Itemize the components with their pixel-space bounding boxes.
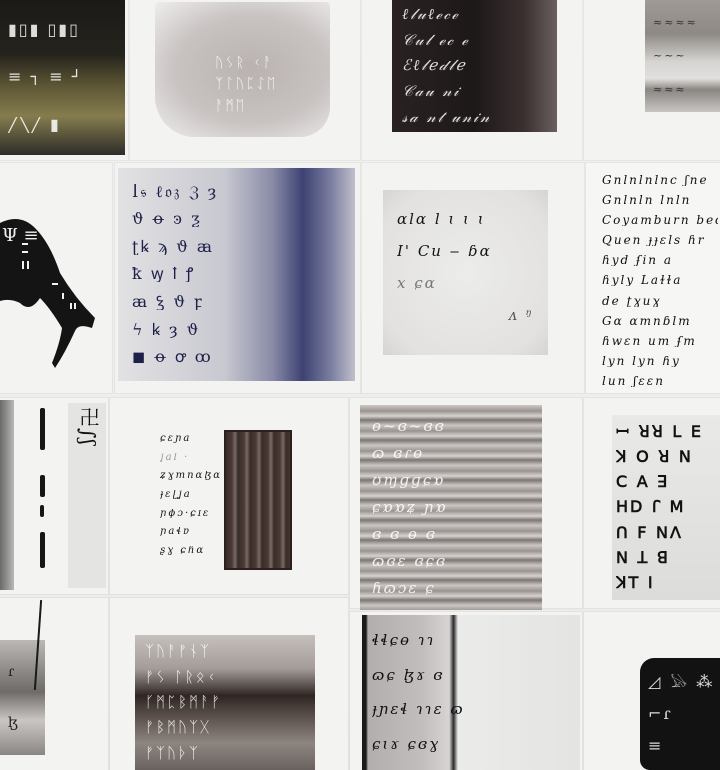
dash — [40, 532, 45, 568]
panel-r2c1 — [0, 163, 112, 393]
glyph-row: ɞ ɞ ɵ ɞ — [372, 527, 530, 542]
glyph-row: ᴧ ᵑ — [397, 308, 534, 323]
glyph-row: ɲaɬɐ — [160, 527, 225, 537]
glyph-row: ꟷ ꓤꓤ ꓡ ꓰ — [616, 424, 716, 440]
glyph-block: ɬɬɕɵ ɿɿ ɷɕ ɮɤ ɞ ɟɲɛɬ ɿɿɛ ɷ ɕɩɤ ɕɞɣ — [362, 615, 580, 770]
panel-r2c4: Gnlnlnlnc ʃne Gnlnln lnln Coyamburn bedy… — [600, 168, 720, 393]
glyph-row: ɟɲɛɬ ɿɿɛ ɷ — [372, 702, 570, 717]
glyph-row: ɵ~ɞ~ɞɞ — [372, 419, 530, 434]
glyph-row: ɬɬɕɵ ɿɿ — [372, 633, 570, 648]
glyph-row: ϟ ꝃ ȝ ϑ — [132, 322, 341, 338]
glyph-row: Gnlnlnlnc ʃne — [602, 174, 718, 186]
glyph-row: ꓠ ꓕ ꓭ — [616, 550, 716, 566]
panel-r3c1-edge — [0, 400, 14, 590]
glyph-row: Gɑ ɑmnɓlm — [602, 315, 718, 327]
glyph-row: ɷ ɞɾɵ — [372, 446, 530, 461]
panel-r1c3: ℓ𝓁𝓊ℓℯ𝒸ℯ 𝒞𝓊𝓁 ℯ𝒸 ℯ ℰℓ𝓁ℯ𝒹𝓁ℯ 𝒞𝒶𝓊 𝓃𝒾 𝓈𝒶 𝓃𝓉 𝓊𝓃… — [392, 0, 557, 132]
glyph-row: ᚠᛊ ᛚᚱᛟᚲ — [145, 670, 305, 685]
glyph-row: ꓘ ꓳ ꓤ ꓠ — [616, 449, 716, 465]
glyph-row: ᚨᛗᛖ — [215, 99, 300, 113]
glyph-block: ɾ ɮ — [0, 640, 45, 755]
glyph-row: ɕɩɤ ɕɞɣ — [372, 737, 570, 752]
glyph-row: ɑlɑ l ɩ ɩ ɩ — [397, 212, 534, 227]
panel-r3c3: ɵ~ɞ~ɞɞ ɷ ɞɾɵ ʊɱɡɡɕɒ ɕɒɒʑ ɲɒ ɞ ɞ ɵ ɞ ɷɞɛ … — [360, 405, 542, 610]
glyph-row: ɦyly Laɫɫa — [602, 274, 718, 286]
glyph-row: lyn lyn ɦy — [602, 355, 718, 367]
handwriting-block: Gnlnlnlnc ʃne Gnlnln lnln Coyamburn bedy… — [600, 168, 720, 393]
glyph-row: ╱╲╱ ▮ — [8, 117, 117, 133]
glyph-row: ɦwɛn um ʄm — [602, 335, 718, 347]
glyph-row: ɷɕ ɮɤ ɞ — [372, 668, 570, 683]
glyph-row: lun ʃɛɛn — [602, 375, 718, 387]
glyph-row: ɕɛɲa — [160, 434, 225, 444]
glyph-row: ʂɣ ɕɦɑ — [160, 546, 225, 556]
glyph-row: x ɕɑ — [397, 276, 534, 291]
glyph-block: ᚢᛊᚱ ᚲᚨ ᛉᛚᚢᛈᛇᛖ ᚨᛗᛖ — [155, 2, 330, 137]
glyph-row: ꓵ ꓝ ꓠꓥ — [616, 525, 716, 541]
glyph-row: ʑɣmnɑɮɑ — [160, 471, 225, 481]
panel-r2c2: ꟾ𝔰 ℓ𝔬𝔷 ℨ ȝ ϑ ꝋ ꜿ ƺ ʈꝃ ϡ ϑ ꜳ ꝁ ꝡ ꝉ ꝭ ꜳ ꝣ … — [118, 168, 355, 381]
panel-r3c2-text: ɕɛɲa ʝal · ʑɣmnɑɮɑ ɟɛɭʝa ɲɸɔ·ɕɪɛ ɲaɬɐ ʂɣ… — [160, 430, 225, 560]
glyph-row: ◼ ꝋ ꝍ ꝏ — [132, 349, 341, 365]
glyph-row: ɷɞɛ ɞɕɞ — [372, 554, 530, 569]
meander-glyphs: 卍∫ʃ — [68, 403, 106, 450]
glyph-block: ɕɛɲa ʝal · ʑɣmnɑɮɑ ɟɛɭʝa ɲɸɔ·ɕɪɛ ɲaɬɐ ʂɣ… — [160, 430, 225, 560]
glyph-row: Quen ɟɟɛls ɦr — [602, 234, 718, 246]
glyph-row: 𝒞𝒶𝓊 𝓃𝒾 — [402, 84, 547, 99]
glyph-row: ≈≈≈ — [653, 84, 712, 95]
glyph-row: Ψ ≡ — [2, 225, 39, 246]
glyph-row: ≡ — [648, 738, 712, 754]
panel-r1c1: ▮▯▮ ▯▮▯ ≡ ┐ ≡ ┘ ╱╲╱ ▮ — [0, 0, 125, 155]
dash — [40, 475, 45, 497]
glyph-row: ɕɒɒʑ ɲɒ — [372, 500, 530, 515]
glyph-block: ≈≈≈≈ ~~~ ≈≈≈ — [645, 0, 720, 112]
glyph-row: ᚢᛊᚱ ᚲᚨ — [215, 56, 300, 70]
glyph-row: ʈꝃ ϡ ϑ ꜳ — [132, 239, 341, 255]
glyph-row: ≡ ┐ ≡ ┘ — [8, 69, 117, 85]
dash — [40, 408, 45, 450]
glyph-row: ℰℓ𝓁ℯ𝒹𝓁ℯ — [402, 58, 547, 73]
glyph-row: ᛉᚢᚨᚠᚾᛉ — [145, 644, 305, 659]
glyph-block: ᛉᚢᚨᚠᚾᛉ ᚠᛊ ᛚᚱᛟᚲ ᚴᛗᛈᛒᛗᚨᚠ ᚠᛒᛗᚢᛉᚷ ᚠᛉᚢᚦᛉ — [135, 635, 315, 770]
panel-r4c2: ᛉᚢᚨᚠᚾᛉ ᚠᛊ ᛚᚱᛟᚲ ᚴᛗᛈᛒᛗᚨᚠ ᚠᛒᛗᚢᛉᚷ ᚠᛉᚢᚦᛉ — [135, 635, 315, 770]
glyph-row: Gnlnln lnln — [602, 194, 718, 206]
glyph-row: ꜳ ꝣ ϑ ꝼ — [132, 294, 341, 310]
glyph-block: ꟾ𝔰 ℓ𝔬𝔷 ℨ ȝ ϑ ꝋ ꜿ ƺ ʈꝃ ϡ ϑ ꜳ ꝁ ꝡ ꝉ ꝭ ꜳ ꝣ … — [118, 168, 355, 381]
glyph-block: ꟷ ꓤꓤ ꓡ ꓰ ꓘ ꓳ ꓤ ꓠ ꓚ ꓮ ꓱ ꓧꓓ ꓩ ꓟ ꓵ ꓝ ꓠꓥ ꓠ ꓕ… — [612, 415, 720, 600]
glyph-row: ʊɱɡɡɕɒ — [372, 473, 530, 488]
glyph-row: ꝁ ꝡ ꝉ ꝭ — [132, 266, 341, 282]
glyph-row: ꓧꓓ ꓩ ꓟ — [616, 499, 716, 515]
glyph-row: ▮▯▮ ▯▮▯ — [8, 22, 117, 38]
glyph-row: ɟɛɭʝa — [160, 490, 225, 500]
glyph-row: ~~~ — [653, 50, 712, 61]
glyph-row: ⌐ɾ — [648, 706, 712, 722]
glyph-row: ꓘꓔ ꓲ — [616, 575, 716, 591]
panel-r3c4: ꟷ ꓤꓤ ꓡ ꓰ ꓘ ꓳ ꓤ ꓠ ꓚ ꓮ ꓱ ꓧꓓ ꓩ ꓟ ꓵ ꓝ ꓠꓥ ꓠ ꓕ… — [612, 415, 720, 600]
dash — [40, 505, 44, 517]
glyph-row: ɦɷɔɛ ɕ — [372, 581, 530, 596]
panel-r3c2 — [224, 430, 292, 570]
glyph-row: ɲɸɔ·ɕɪɛ — [160, 509, 225, 519]
glyph-row: ᚠᛒᛗᚢᛉᚷ — [145, 720, 305, 735]
glyph-row: ʝal · — [160, 453, 225, 463]
panel-r2c3: ɑlɑ l ɩ ɩ ɩ I' Cu ‒ ɓɑ x ɕɑ ᴧ ᵑ — [383, 190, 548, 355]
glyph-row: ꓚ ꓮ ꓱ — [616, 474, 716, 490]
glyph-row: ᚠᛉᚢᚦᛉ — [145, 746, 305, 761]
panel-r3c1-dashes — [38, 400, 48, 580]
glyph-row: I' Cu ‒ ɓɑ — [397, 244, 534, 259]
glyph-row: ◿ 𓅃 ⁂ — [648, 674, 712, 690]
glyph-block: ℓ𝓁𝓊ℓℯ𝒸ℯ 𝒞𝓊𝓁 ℯ𝒸 ℯ ℰℓ𝓁ℯ𝒹𝓁ℯ 𝒞𝒶𝓊 𝓃𝒾 𝓈𝒶 𝓃𝓉 𝓊𝓃… — [392, 0, 557, 132]
glyph-block: Ψ ≡ — [2, 225, 39, 246]
panel-r1c4: ≈≈≈≈ ~~~ ≈≈≈ — [645, 0, 720, 112]
glyph-row: Coyamburn bedyn — [602, 214, 718, 226]
glyph-row: ᛉᛚᚢᛈᛇᛖ — [215, 77, 300, 91]
glyph-row: ℓ𝓁𝓊ℓℯ𝒸ℯ — [402, 7, 547, 22]
glyph-block: ɵ~ɞ~ɞɞ ɷ ɞɾɵ ʊɱɡɡɕɒ ɕɒɒʑ ɲɒ ɞ ɞ ɵ ɞ ɷɞɛ … — [360, 405, 542, 610]
glyph-row: ᚴᛗᛈᛒᛗᚨᚠ — [145, 695, 305, 710]
glyph-row: ɮ — [8, 716, 37, 730]
glyph-row: ɾ — [8, 665, 37, 679]
panel-r1c2: ᚢᛊᚱ ᚲᚨ ᛉᛚᚢᛈᛇᛖ ᚨᛗᛖ — [155, 2, 330, 137]
glyph-block: ɑlɑ l ɩ ɩ ɩ I' Cu ‒ ɓɑ x ɕɑ ᴧ ᵑ — [383, 190, 548, 355]
glyph-row: 𝓈𝒶 𝓃𝓉 𝓊𝓃𝒾𝓃 — [402, 110, 547, 125]
glyph-row: 𝒞𝓊𝓁 ℯ𝒸 ℯ — [402, 33, 547, 48]
glyph-block: ▮▯▮ ▯▮▯ ≡ ┐ ≡ ┘ ╱╲╱ ▮ — [0, 0, 125, 155]
art-wall: ▮▯▮ ▯▮▯ ≡ ┐ ≡ ┘ ╱╲╱ ▮ ᚢᛊᚱ ᚲᚨ ᛉᛚᚢᛈᛇᛖ ᚨᛗᛖ … — [0, 0, 720, 770]
panel-r4c4: ◿ 𓅃 ⁂ ⌐ɾ ≡ — [640, 658, 720, 770]
glyph-row: ϑ ꝋ ꜿ ƺ — [132, 211, 341, 227]
glyph-row: ɦyd ʄin a — [602, 254, 718, 266]
glyph-block: ◿ 𓅃 ⁂ ⌐ɾ ≡ — [640, 658, 720, 770]
glyph-row: ꟾ𝔰 ℓ𝔬𝔷 ℨ ȝ — [132, 184, 341, 200]
glyph-row: ≈≈≈≈ — [653, 17, 712, 28]
panel-r3c1: 卍∫ʃ — [68, 403, 106, 588]
panel-r4c1: ɾ ɮ — [0, 640, 45, 755]
panel-r4c3: ɬɬɕɵ ɿɿ ɷɕ ɮɤ ɞ ɟɲɛɬ ɿɿɛ ɷ ɕɩɤ ɕɞɣ — [362, 615, 580, 770]
glyph-row: de ʈɣuɣ — [602, 295, 718, 307]
